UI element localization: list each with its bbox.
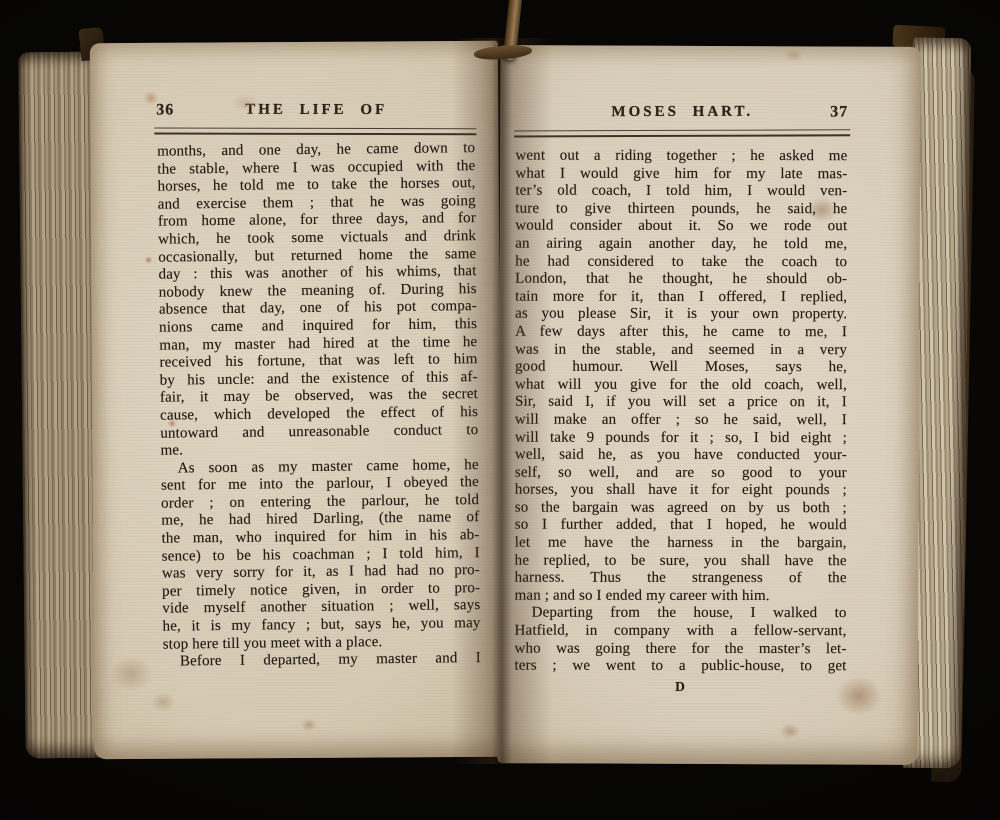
- text-line: well, said he, as you have conducted you…: [515, 447, 847, 465]
- page-number-37: 37: [830, 103, 848, 121]
- text-line: ter’s old coach, I told him, I would ven…: [515, 183, 847, 201]
- running-header-right: MOSES HART.: [516, 103, 848, 121]
- text-line: Hatfield, in company with a fellow-serva…: [515, 623, 847, 641]
- text-line: was in the stable, and seemed in a very: [515, 341, 847, 359]
- text-line: what will you give for the old coach, we…: [515, 376, 847, 394]
- text-line: who was going there for the master’s let…: [515, 640, 847, 658]
- text-line: man ; and so I ended my career with him.: [515, 587, 847, 605]
- text-line: so I further added, that I hoped, he wou…: [515, 517, 847, 535]
- text-line: good humour. Well Moses, says he,: [515, 359, 847, 377]
- header-rule-left: [154, 127, 476, 135]
- text-line: he had considered to take the coach to: [515, 253, 847, 271]
- text-line: ture to give thirteen pounds, he said, h…: [515, 200, 847, 218]
- text-line: Before I departed, my master and I: [163, 650, 481, 671]
- book-page-37: MOSES HART. 37 went out a riding togethe…: [497, 45, 920, 765]
- header-rule-right: [514, 129, 850, 137]
- right-page-text: went out a riding together ; he asked me…: [514, 148, 847, 696]
- text-line: as you please Sir, it is your own proper…: [515, 306, 847, 324]
- text-line: will take 9 pounds for it ; so, I bid ei…: [515, 429, 847, 447]
- text-line: ters ; we went to a public-house, to get: [514, 658, 846, 676]
- text-line: he replied, to be sure, you shall have t…: [515, 552, 847, 570]
- photo-background: 36 THE LIFE OF months, and one day, he c…: [0, 0, 1000, 820]
- text-line: will make an offer ; so he said, well, I: [515, 411, 847, 429]
- text-line: Departing from the house, I walked to: [515, 605, 847, 623]
- text-line: would consider about it. So we rode out: [515, 218, 847, 236]
- page-36-header: 36 THE LIFE OF: [156, 101, 476, 122]
- text-line: self, so well, and are so good to your: [515, 464, 847, 482]
- page-37-header: MOSES HART. 37: [516, 103, 848, 124]
- text-line: what I would give him for my late mas-: [515, 165, 847, 183]
- text-line: harness. Thus the strangeness of the: [515, 570, 847, 588]
- text-line: A few days after this, he came to me, I: [515, 324, 847, 342]
- text-line: untoward and unreasonable conduct to: [160, 422, 478, 443]
- text-line: let me have the harness in the bargain,: [515, 535, 847, 553]
- text-line: went out a riding together ; he asked me: [515, 148, 847, 166]
- text-line: London, that he thought, he should ob-: [515, 271, 847, 289]
- left-page-text: months, and one day, he came down tothe …: [157, 140, 481, 671]
- text-line: so the bargain was agreed on by us both …: [515, 499, 847, 517]
- text-line: horses, you shall have it for eight poun…: [515, 482, 847, 500]
- text-line: an airing again another day, he told me,: [515, 236, 847, 254]
- text-line: he, it is my fancy ; but, says he, you m…: [162, 615, 480, 636]
- text-line: tain more for it, than I offered, I repl…: [515, 288, 847, 306]
- running-header-left: THE LIFE OF: [156, 101, 476, 119]
- page-number-36: 36: [156, 101, 174, 119]
- printer-signature-mark: D: [514, 677, 846, 695]
- text-line: Sir, said I, if you will set a price on …: [515, 394, 847, 412]
- book-page-36: 36 THE LIFE OF months, and one day, he c…: [90, 41, 502, 759]
